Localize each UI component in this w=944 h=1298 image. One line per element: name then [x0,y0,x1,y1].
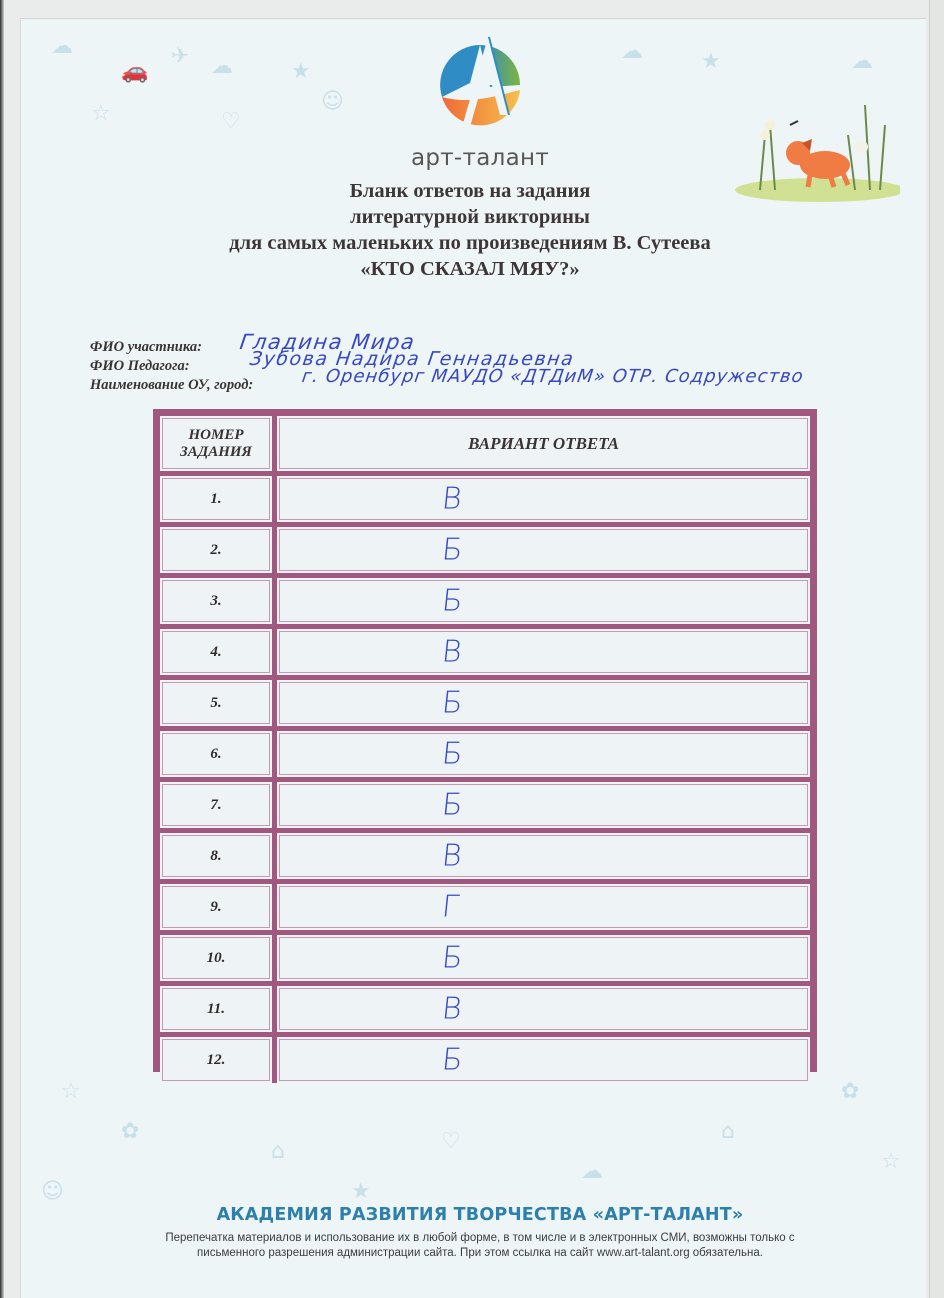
teacher-label: ФИО Педагога: [90,358,190,374]
answer-cell[interactable]: В [277,833,810,879]
task-number-cell: 3. [160,578,272,624]
answer-cell[interactable]: Б [277,680,810,726]
task-number: 5. [210,695,221,712]
header-number-line1: НОМЕР [180,427,252,444]
header-number: НОМЕР ЗАДАНИЯ [180,427,252,461]
doodle-icon: ☁ [51,34,73,59]
task-number-cell: 4. [160,629,272,675]
task-number: 2. [210,542,221,559]
table-row: 9.Г [160,884,810,930]
academy-name: АКАДЕМИЯ РАЗВИТИЯ ТВОРЧЕСТВА «АРТ-ТАЛАНТ… [100,1205,860,1225]
table-row: 7.Б [160,782,810,828]
table-row: 3.Б [160,578,810,624]
doodle-icon: ⌂ [721,1119,735,1144]
task-number: 10. [207,950,226,967]
answer-value[interactable]: Б [440,788,464,823]
answer-value[interactable]: В [440,839,463,874]
task-number: 6. [210,746,221,763]
scan-edge-shadow [0,0,4,1298]
doodle-icon: ☁ [211,54,233,79]
doodle-icon: ☆ [61,1079,81,1104]
task-number-cell: 5. [160,680,272,726]
participant-label: ФИО участника: [90,339,202,355]
task-number-cell: 8. [160,833,272,879]
form-title: Бланк ответов на задания литературной ви… [160,178,780,282]
school-label: Наименование ОУ, город: [90,377,253,393]
table-row: 4.В [160,629,810,675]
table-row: 11.В [160,986,810,1032]
answer-value[interactable]: Б [440,941,464,976]
copyright-note-line-1: Перепечатка материалов и использование и… [110,1231,850,1246]
doodle-icon: ★ [701,49,721,74]
doodle-icon: ⌂ [271,1139,285,1164]
doodle-icon: ☁ [851,49,873,74]
task-number-cell: 7. [160,782,272,828]
answer-value[interactable]: В [440,992,463,1027]
answer-value[interactable]: Б [440,1043,464,1078]
task-number: 3. [210,593,221,610]
task-number-cell: 9. [160,884,272,930]
title-line-4: «КТО СКАЗАЛ МЯУ?» [160,256,780,282]
doodle-icon: ★ [351,1179,371,1204]
answer-cell[interactable]: В [277,629,810,675]
answer-value[interactable]: Б [440,533,464,568]
doodle-icon: ☆ [91,101,111,126]
answer-cell[interactable]: Б [277,935,810,981]
title-line-1: Бланк ответов на задания [160,178,780,204]
task-number-cell: 11. [160,986,272,1032]
answer-value[interactable]: Б [440,584,464,619]
task-number: 11. [207,1001,225,1018]
doodle-icon: ♡ [441,1129,461,1154]
answer-value[interactable]: Г [440,890,460,925]
answer-cell[interactable]: В [277,476,810,522]
doodle-icon: ☆ [881,1149,901,1174]
task-number-cell: 6. [160,731,272,777]
task-number: 8. [210,848,221,865]
doodle-icon: 🚗 [121,59,148,84]
title-line-3: для самых маленьких по произведениям В. … [160,230,780,256]
answer-value[interactable]: В [440,635,463,670]
task-number: 12. [207,1052,226,1069]
doodle-icon: ✈ [171,44,189,69]
answer-value[interactable]: Б [440,737,464,772]
answer-table: НОМЕР ЗАДАНИЯ ВАРИАНТ ОТВЕТА 1.В2.Б3.Б4.… [153,409,817,1072]
brand-name: арт-талант [400,145,560,171]
doodle-icon: ☺ [321,89,344,114]
answer-cell[interactable]: Б [277,1037,810,1083]
answer-value[interactable]: Б [440,686,464,721]
answer-cell[interactable]: Б [277,527,810,573]
task-number: 4. [210,644,221,661]
doodle-icon: ☁ [621,39,643,64]
art-talant-logo-icon [430,35,530,135]
answer-cell[interactable]: Б [277,731,810,777]
table-row: 1.В [160,476,810,522]
doodle-icon: ♡ [221,109,241,134]
header-number-cell: НОМЕР ЗАДАНИЯ [160,416,272,471]
answer-cell[interactable]: Б [277,578,810,624]
task-number-cell: 1. [160,476,272,522]
table-header-row: НОМЕР ЗАДАНИЯ ВАРИАНТ ОТВЕТА [160,416,810,471]
task-number-cell: 12. [160,1037,272,1083]
table-row: 5.Б [160,680,810,726]
copyright-note: Перепечатка материалов и использование и… [110,1231,850,1261]
participant-field[interactable]: ФИО участника: [90,338,202,356]
school-value[interactable]: г. Оренбург МАУДО «ДТДиМ» ОТР. Содружест… [301,366,806,387]
school-field[interactable]: Наименование ОУ, город: [90,376,253,394]
header-answer: ВАРИАНТ ОТВЕТА [468,434,619,454]
table-row: 12.Б [160,1037,810,1083]
doodle-icon: ★ [291,59,311,84]
table-row: 10.Б [160,935,810,981]
answer-cell[interactable]: Г [277,884,810,930]
task-number-cell: 2. [160,527,272,573]
table-row: 8.В [160,833,810,879]
answer-value[interactable]: В [440,482,463,517]
header-answer-cell: ВАРИАНТ ОТВЕТА [277,416,810,471]
task-number: 9. [210,899,221,916]
teacher-field[interactable]: ФИО Педагога: [90,357,190,375]
answer-cell[interactable]: В [277,986,810,1032]
answer-cell[interactable]: Б [277,782,810,828]
task-number: 7. [210,797,221,814]
title-line-2: литературной викторины [160,204,780,230]
task-number: 1. [210,491,221,508]
doodle-icon: ✿ [841,1079,859,1104]
header-number-line2: ЗАДАНИЯ [180,444,252,461]
copyright-note-line-2: письменного разрешения администрации сай… [110,1246,850,1261]
doodle-icon: ✿ [121,1119,139,1144]
table-row: 2.Б [160,527,810,573]
table-row: 6.Б [160,731,810,777]
scan-edge-right [929,0,944,1298]
task-number-cell: 10. [160,935,272,981]
doodle-icon: ☁ [581,1159,603,1184]
doodle-icon: ☺ [41,1179,64,1204]
